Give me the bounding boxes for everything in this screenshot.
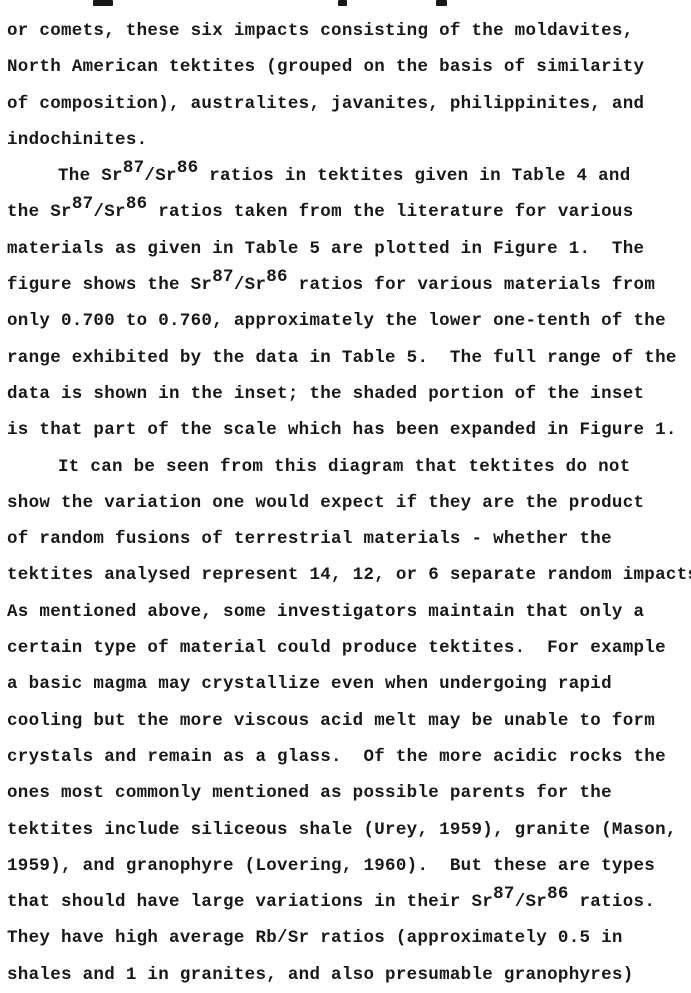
text-line: only 0.700 to 0.760, approximately the l…	[7, 303, 691, 339]
text-line: is that part of the scale which has been…	[7, 412, 691, 448]
text-line: cooling but the more viscous acid melt m…	[7, 703, 691, 739]
manuscript-page: or comets, these six impacts consisting …	[0, 0, 691, 993]
text-line: They have high average Rb/Sr ratios (app…	[7, 920, 691, 956]
text-line: It can be seen from this diagram that te…	[7, 449, 691, 485]
text-line: the Sr87/Sr86 ratios taken from the lite…	[7, 194, 691, 230]
clipped-text-fragment	[93, 0, 113, 6]
text-line: of composition), australites, javanites,…	[7, 86, 691, 122]
text-line: 1959), and granophyre (Lovering, 1960). …	[7, 848, 691, 884]
clipped-text-fragment	[436, 0, 447, 6]
text-line: materials as given in Table 5 are plotte…	[7, 231, 691, 267]
text-line: figure shows the Sr87/Sr86 ratios for va…	[7, 267, 691, 303]
text-line: crystals and remain as a glass. Of the m…	[7, 739, 691, 775]
superscript: 86	[126, 194, 148, 214]
text-line: a basic magma may crystallize even when …	[7, 666, 691, 702]
text-line: certain type of material could produce t…	[7, 630, 691, 666]
document-text: or comets, these six impacts consisting …	[7, 13, 691, 993]
superscript: 86	[547, 884, 569, 904]
text-line: ones most commonly mentioned as possible…	[7, 775, 691, 811]
superscript: 86	[177, 158, 199, 178]
text-line: show the variation one would expect if t…	[7, 485, 691, 521]
text-line: range exhibited by the data in Table 5. …	[7, 340, 691, 376]
clipped-text-fragment	[338, 0, 347, 6]
superscript: 87	[123, 158, 145, 178]
text-line: or comets, these six impacts consisting …	[7, 13, 691, 49]
text-line: tektites include siliceous shale (Urey, …	[7, 812, 691, 848]
text-line: shales and 1 in granites, and also presu…	[7, 957, 691, 993]
superscript: 87	[72, 194, 94, 214]
superscript: 87	[212, 267, 234, 287]
text-line: tektites analysed represent 14, 12, or 6…	[7, 557, 691, 593]
text-line: that should have large variations in the…	[7, 884, 691, 920]
text-line: The Sr87/Sr86 ratios in tektites given i…	[7, 158, 691, 194]
text-line: data is shown in the inset; the shaded p…	[7, 376, 691, 412]
superscript: 87	[493, 884, 515, 904]
text-line: North American tektites (grouped on the …	[7, 49, 691, 85]
text-line: indochinites.	[7, 122, 691, 158]
text-line: As mentioned above, some investigators m…	[7, 594, 691, 630]
superscript: 86	[266, 267, 288, 287]
text-line: of random fusions of terrestrial materia…	[7, 521, 691, 557]
clipped-top-line	[0, 0, 691, 8]
